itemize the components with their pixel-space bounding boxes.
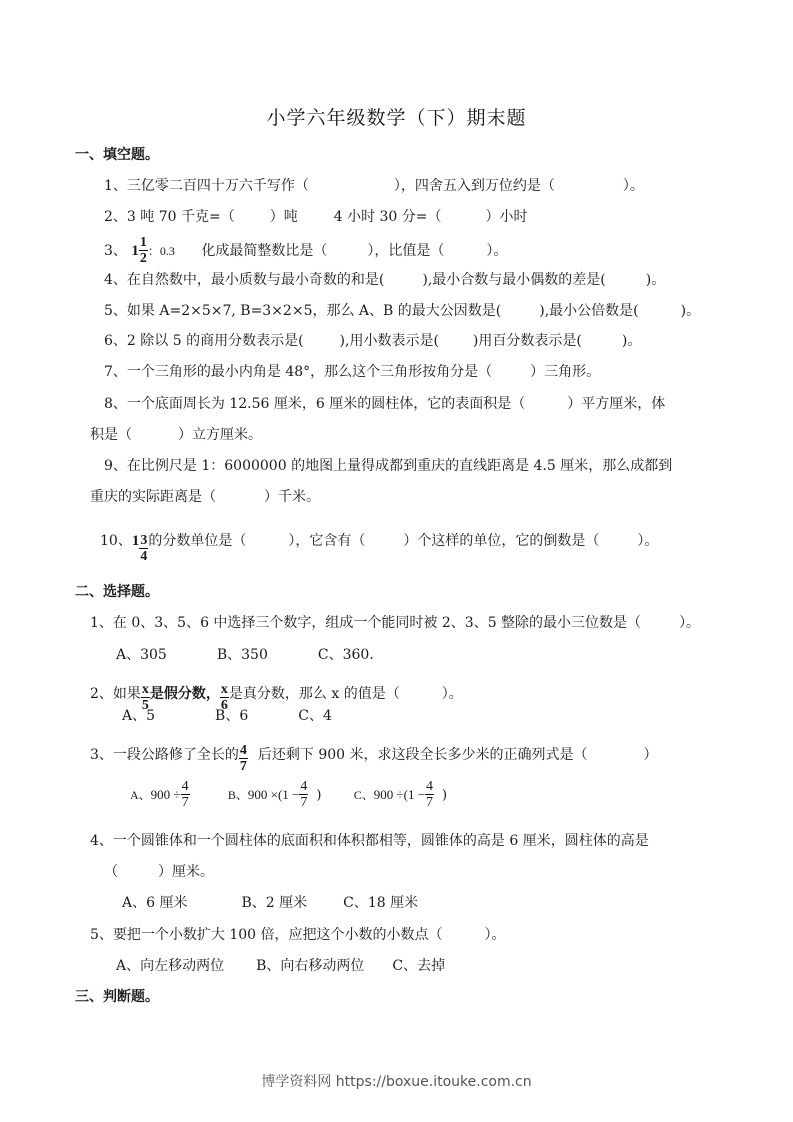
fill-question-9-cont: 重庆的实际距离是（）千米。 [90,487,320,507]
fraction: 47 [425,780,434,810]
q-text: ）。 [623,178,644,194]
choice-question-1-options: A、305B、350C、360. [116,645,374,665]
choice-question-3-options: A、900 ÷47 B、900 ×(1 −47) C、900 ÷(1 −47) [130,780,447,810]
q-text: 1、在 0、3、5、6 中选择三个数字，组成一个能同时被 2、3、5 整除的最小… [90,615,641,631]
option-b: B、6 [215,708,248,724]
fill-question-3: 3、 112：0.3 化成最简整数比是（），比值是（）。 [104,236,507,266]
fill-question-1: 1、三亿零二百四十万六千写作（），四舍五入到万位约是（）。 [104,176,644,196]
q-text: 后还剩下 900 米，求这段全长多少米的正确列式是（ [258,747,588,763]
option-a: A、305 [116,647,167,663]
fraction: 47 [239,744,248,774]
option-b: B、350 [217,647,268,663]
exam-page: 小学六年级数学（下）期末题 一、填空题。 1、三亿零二百四十万六千写作（），四舍… [0,0,793,1122]
fraction: 34 [139,534,148,564]
option-c: C、18 厘米 [343,895,418,911]
q-text: ）个这样的单位，它的倒数是（ [403,533,599,549]
q-text: 3、一段公路修了全长的 [90,747,239,763]
ratio-tail: ：0.3 [148,244,175,258]
section-heading-choice: 二、选择题。 [75,582,159,602]
q-text: 1、三亿零二百四十万六千写作（ [104,178,309,194]
q-text: ),用小数表示是( [340,333,439,349]
q-text: )用百分数表示是( [473,333,582,349]
option-a: A、向左移动两位 [116,958,224,974]
q-text: ）。 [442,686,463,702]
option-b: B、2 厘米 [241,895,307,911]
page-title: 小学六年级数学（下）期末题 [0,103,793,130]
fraction: 47 [181,780,190,810]
choice-question-4-options: A、6 厘米B、2 厘米C、18 厘米 [122,893,418,913]
q-text: ） [644,747,658,763]
fill-question-7: 7、一个三角形的最小内角是 48°，那么这个三角形按角分是（）三角形。 [104,362,600,382]
q-text: ）平方厘米，体 [567,396,665,412]
q-text: ）。 [679,615,700,631]
q-text: 4、一个圆锥体和一个圆柱体的底面积和体积都相等，圆锥体的高是 6 厘米，圆柱体的… [90,833,649,849]
q-text: 4、在自然数中，最小质数与最小奇数的和是( [104,272,384,288]
fill-question-8-cont: 积是（）立方厘米。 [90,425,262,445]
q-text: 的分数单位是（ [148,533,246,549]
choice-question-2-options: A、5B、6C、4 [122,706,332,726]
q-text: 是真分数，那么 x 的值是（ [229,686,400,702]
footer-watermark: 博学资料网 https://boxue.itouke.com.cn [0,1071,793,1091]
q-text: 重庆的实际距离是（ [90,489,216,505]
choice-question-1: 1、在 0、3、5、6 中选择三个数字，组成一个能同时被 2、3、5 整除的最小… [90,613,700,633]
option-c: C、去掉 [392,958,445,974]
q-number: 10、 [100,533,132,549]
q-text: 是假分数， [150,686,220,702]
choice-question-3: 3、一段公路修了全长的47后还剩下 900 米，求这段全长多少米的正确列式是（） [90,736,658,774]
fraction: 12 [139,236,148,266]
q-text: （ [104,864,118,880]
fill-question-10: 10、134的分数单位是（），它含有（）个这样的单位，它的倒数是（）。 [100,518,658,564]
q-text: ),最小公倍数是( [539,303,638,319]
q-text: 积是（ [90,427,132,443]
q-text: ），比值是（ [367,243,444,259]
q-text: 6、2 除以 5 的商用分数表示是( [104,333,304,349]
q-text: )。 [622,333,641,349]
fraction: 47 [299,780,308,810]
fill-question-6: 6、2 除以 5 的商用分数表示是(),用小数表示是()用百分数表示是()。 [104,331,641,351]
option-b: B、900 ×(1 −47) [228,788,322,803]
option-c: C、360. [318,647,374,663]
q-text: ）立方厘米。 [178,427,262,443]
option-c: C、900 ÷(1 −47) [354,788,447,803]
mixed-number-whole: 1 [132,533,140,549]
fill-question-9: 9、在比例尺是 1：6000000 的地图上量得成都到重庆的直线距离是 4.5 … [104,456,672,476]
fill-question-2: 2、3 吨 70 千克=（）吨4 小时 30 分=（）小时 [104,207,528,227]
option-a: A、5 [122,708,155,724]
q-text: ）厘米。 [158,864,214,880]
fill-question-5: 5、如果 A=2×5×7, B=3×2×5，那么 A、B 的最大公因数是(),最… [104,301,700,321]
q-text: ),最小合数与最小偶数的差是( [422,272,605,288]
fill-question-4: 4、在自然数中，最小质数与最小奇数的和是(),最小合数与最小偶数的差是()。 [104,270,665,290]
q-number: 3、 [104,243,127,259]
choice-question-4-cont: （）厘米。 [104,862,214,882]
option-a: A、6 厘米 [122,895,187,911]
section-heading-fill: 一、填空题。 [75,145,159,165]
q-text: ）。 [637,533,658,549]
q-text: 4 小时 30 分=（ [334,209,442,225]
choice-question-5: 5、要把一个小数扩大 100 倍，应把这个小数的小数点（）。 [90,925,506,945]
q-text: ）。 [485,927,506,943]
q-text: )。 [681,303,700,319]
mixed-number-whole: 1 [131,243,139,259]
q-text: 化成最简整数比是（ [201,243,327,259]
option-c: C、4 [298,708,332,724]
q-text: 9、在比例尺是 1：6000000 的地图上量得成都到重庆的直线距离是 4.5 … [104,458,672,474]
q-text: 7、一个三角形的最小内角是 48°，那么这个三角形按角分是（ [104,364,492,380]
q-text: ）吨 [270,209,298,225]
choice-question-4: 4、一个圆锥体和一个圆柱体的底面积和体积都相等，圆锥体的高是 6 厘米，圆柱体的… [90,831,649,851]
option-a: A、900 ÷47 [130,788,190,803]
q-text: 8、一个底面周长为 12.56 厘米，6 厘米的圆柱体，它的表面积是（ [104,396,525,412]
q-text: ）小时 [486,209,528,225]
q-text: ）千米。 [264,489,320,505]
q-text: ）。 [486,243,507,259]
choice-question-5-options: A、向左移动两位B、向右移动两位C、去掉 [116,956,445,976]
q-text: ），四舍五入到万位约是（ [394,178,555,194]
q-text: 5、要把一个小数扩大 100 倍，应把这个小数的小数点（ [90,927,443,943]
q-text: 2、3 吨 70 千克=（ [104,209,235,225]
section-heading-judge: 三、判断题。 [75,987,159,1007]
option-b: B、向右移动两位 [256,958,364,974]
fill-question-8: 8、一个底面周长为 12.56 厘米，6 厘米的圆柱体，它的表面积是（）平方厘米… [104,394,665,414]
q-text: ）三角形。 [530,364,600,380]
q-text: )。 [646,272,665,288]
q-text: ），它含有（ [288,533,365,549]
q-text: 2、如果 [90,686,141,702]
q-text: 5、如果 A=2×5×7, B=3×2×5，那么 A、B 的最大公因数是( [104,303,501,319]
